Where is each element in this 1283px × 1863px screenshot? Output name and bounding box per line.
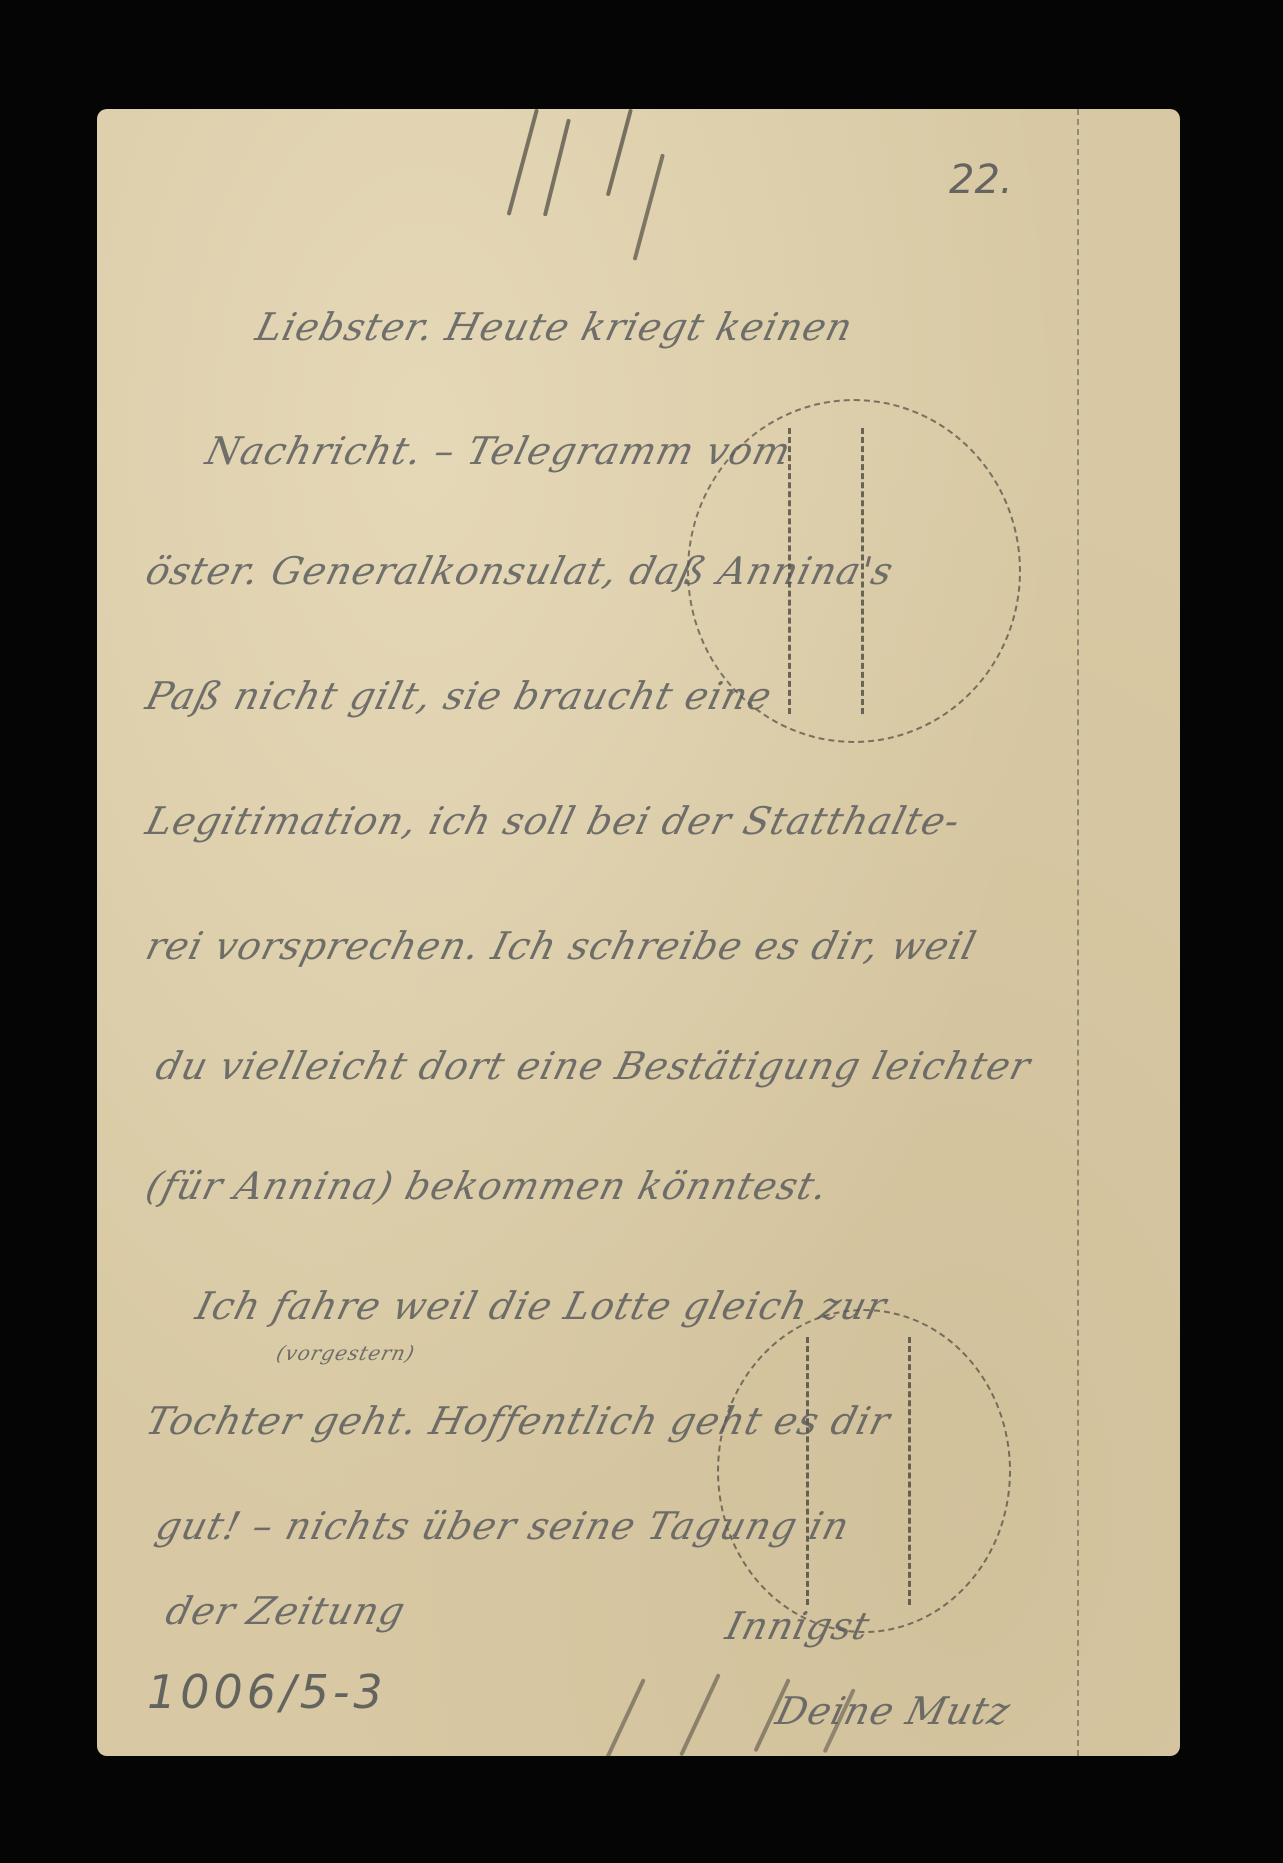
postmark-lower — [717, 1309, 1011, 1633]
text-line: der Zeitung — [162, 1589, 411, 1633]
closing: Innigst — [722, 1604, 875, 1648]
text-line: Nachricht. – Telegramm vom — [202, 429, 796, 473]
archive-number: 1006/5-3 — [147, 1665, 387, 1719]
text-line: Legitimation, ich soll bei der Statthalt… — [142, 799, 965, 843]
text-line: rei vorsprechen. Ich schreibe es dir, we… — [142, 924, 982, 968]
address-divider-line — [1077, 109, 1079, 1756]
text-line: öster. Generalkonsulat, daß Annina's — [142, 549, 899, 593]
interlinear-note: (vorgestern) — [274, 1341, 418, 1365]
cancellation-stroke — [604, 1678, 646, 1756]
text-line: Ich fahre weil die Lotte gleich zur — [192, 1284, 892, 1328]
cancellation-stroke — [606, 109, 633, 196]
text-line: Liebster. Heute kriegt keinen — [252, 305, 858, 349]
postcard: 22. Liebster. Heute kriegt keinen Nachri… — [97, 109, 1180, 1756]
cancellation-stroke — [633, 153, 665, 260]
cancellation-stroke — [679, 1673, 721, 1756]
cancellation-stroke — [543, 119, 571, 217]
text-line: Tochter geht. Hoffentlich geht es dir — [142, 1399, 896, 1443]
cancellation-stroke — [507, 109, 539, 216]
text-line: du vielleicht dort eine Bestätigung leic… — [152, 1044, 1036, 1088]
page-number: 22. — [949, 157, 1013, 203]
text-line: Paß nicht gilt, sie braucht eine — [142, 674, 777, 718]
text-line: (für Annina) bekommen könntest. — [142, 1164, 833, 1208]
signature: Deine Mutz — [772, 1689, 1016, 1733]
text-line: gut! – nichts über seine Tagung in — [152, 1504, 855, 1548]
